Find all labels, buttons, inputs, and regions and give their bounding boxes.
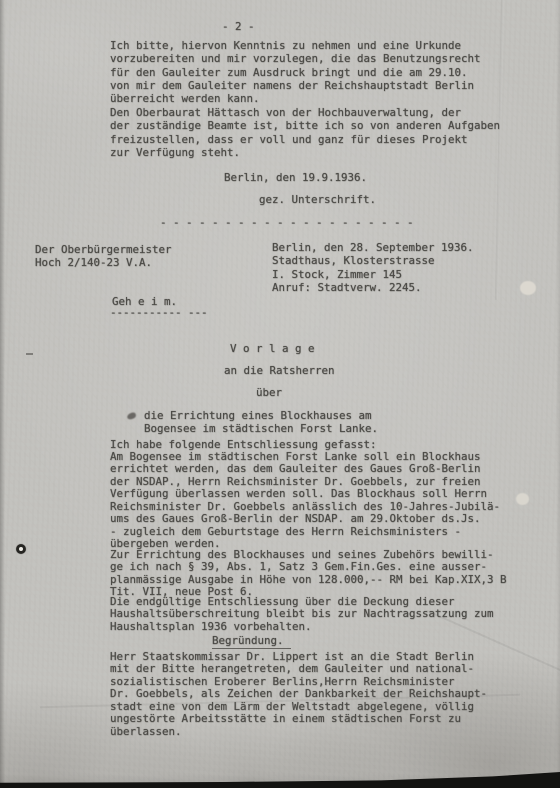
resolution-paragraph-3: Die endgültige Entschliessung über die D… xyxy=(110,596,494,633)
secrecy-underline: ----------- --- xyxy=(110,306,208,319)
proposal-subject: die Errichtung eines Blockhauses am Boge… xyxy=(144,409,378,436)
reason-paragraph: Herr Staatskommissar Dr. Lippert ist an … xyxy=(110,651,487,738)
sender-block: Der Oberbürgermeister Hoch 2/140-23 V.A. xyxy=(35,243,172,270)
signature-line: gez. Unterschrift. xyxy=(259,193,376,206)
white-spot xyxy=(520,281,536,295)
letter-paragraph-1: Ich bitte, hiervon Kenntnis zu nehmen un… xyxy=(110,39,481,105)
letter-dateline: Berlin, den 19.9.1936. xyxy=(224,171,367,184)
punch-hole-mark xyxy=(16,544,26,554)
margin-mark xyxy=(26,353,33,355)
resolution-paragraph-1: Am Bogensee im städtischen Forst Lanke s… xyxy=(110,451,500,551)
address-block: Berlin, den 28. September 1936. Stadthau… xyxy=(272,241,474,294)
reason-heading-text: Begründung. xyxy=(212,634,291,649)
scanned-document: - 2 - Ich bitte, hiervon Kenntnis zu neh… xyxy=(0,0,560,788)
white-spot xyxy=(516,493,529,505)
page-number: - 2 - xyxy=(222,20,255,33)
resolution-paragraph-2: Zur Errichtung des Blockhauses und seine… xyxy=(110,549,507,599)
dashed-separator: - - - - - - - - - - - - - - - - - - - - xyxy=(160,216,414,229)
proposal-subtitle-recipients: an die Ratsherren xyxy=(224,364,335,377)
proposal-subtitle-about: über xyxy=(256,386,282,399)
letter-paragraph-2: Den Oberbaurat Hättasch von der Hochbauv… xyxy=(110,106,500,159)
proposal-title: V o r l a g e xyxy=(230,342,315,355)
reason-heading: Begründung. xyxy=(212,634,291,647)
